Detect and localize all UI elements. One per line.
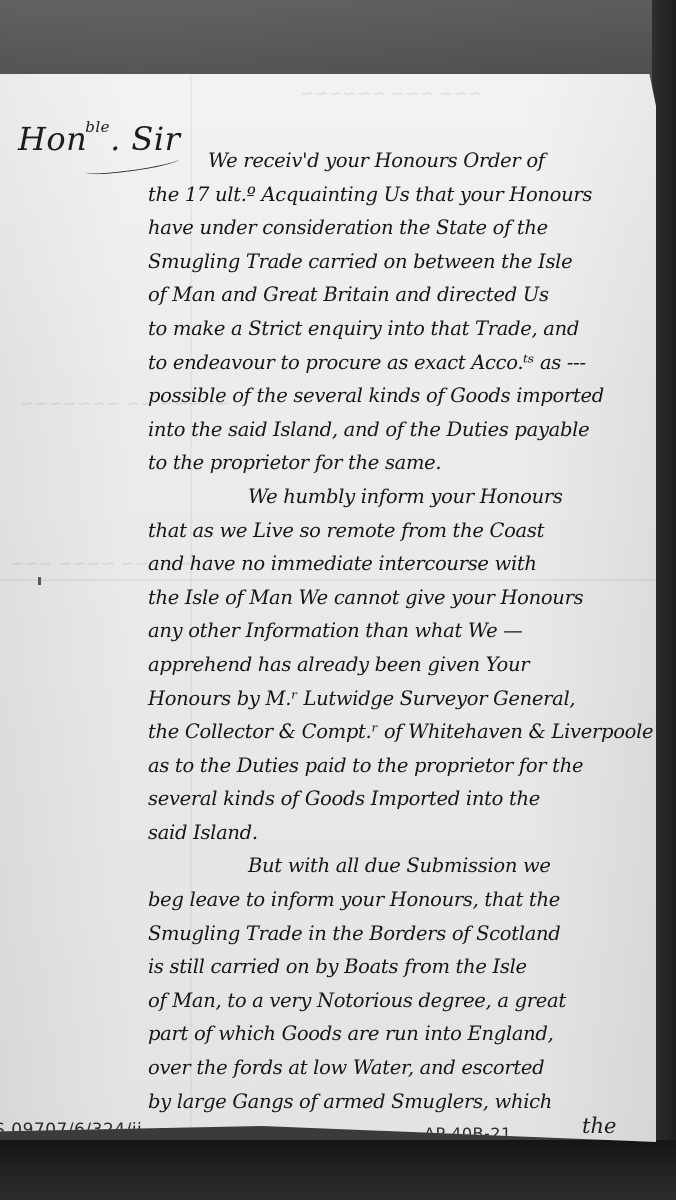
text-line: We receiv'd your Honours Order of <box>148 144 653 178</box>
text-line: of Man and Great Britain and directed Us <box>148 278 653 312</box>
text-line: part of which Goods are run into England… <box>148 1017 653 1051</box>
text-line: into the said Island, and of the Duties … <box>148 413 653 447</box>
text-line: beg leave to inform your Honours, that t… <box>148 883 653 917</box>
text-line: over the fords at low Water, and escorte… <box>148 1051 653 1085</box>
text-line: Smugling Trade in the Borders of Scotlan… <box>148 917 653 951</box>
text-line: Smugling Trade carried on between the Is… <box>148 245 653 279</box>
text-line: But with all due Submission we <box>148 849 653 883</box>
margin-mark <box>38 577 41 585</box>
text-line: of Man, to a very Notorious degree, a gr… <box>148 984 653 1018</box>
salutation-prefix: Hon <box>18 120 87 158</box>
text-line: by large Gangs of armed Smuglers, which <box>148 1085 653 1119</box>
paragraph-3: But with all due Submission we beg leave… <box>148 849 653 1118</box>
salutation-superscript: ble <box>85 118 110 136</box>
text-line: as to the Duties paid to the proprietor … <box>148 749 653 783</box>
manuscript-page: ~~~ ~~~ ~~~~~~ ~~~~~ ~~ ~~~~~~~ ~~~~~~ ~… <box>0 74 656 1142</box>
archive-reference: S09707/6/324/ii <box>4 1120 142 1140</box>
text-line: to make a Strict enquiry into that Trade… <box>148 312 653 346</box>
bleed-through-text: ~~~ ~~~ ~~~~~~ <box>300 84 482 104</box>
background-surface-bottom <box>0 1140 676 1200</box>
text-line: We humbly inform your Honours <box>148 480 653 514</box>
text-line: apprehend has already been given Your <box>148 648 653 682</box>
text-line: to the proprietor for the same. <box>148 446 653 480</box>
text-line: that as we Live so remote from the Coast <box>148 514 653 548</box>
text-line: possible of the several kinds of Goods i… <box>148 379 653 413</box>
text-line: said Island. <box>148 816 653 850</box>
text-line: several kinds of Goods Imported into the <box>148 782 653 816</box>
catchword: the <box>582 1114 616 1138</box>
text-line: any other Information than what We — <box>148 614 653 648</box>
archive-reference-partial-prefix: S <box>0 1120 5 1140</box>
paragraph-1: We receiv'd your Honours Order of the 17… <box>148 144 653 480</box>
text-line: to endeavour to procure as exact Acco.ᵗˢ… <box>148 346 653 380</box>
text-line: the 17 ult.º Acquainting Us that your Ho… <box>148 178 653 212</box>
text-line: Honours by M.ʳ Lutwidge Surveyor General… <box>148 682 653 716</box>
archive-reference-number: 09707/6/324/ii <box>11 1120 142 1140</box>
letter-body: We receiv'd your Honours Order of the 17… <box>148 144 653 1118</box>
paragraph-2: We humbly inform your Honours that as we… <box>148 480 653 850</box>
text-line: the Isle of Man We cannot give your Hono… <box>148 581 653 615</box>
text-line: have under consideration the State of th… <box>148 211 653 245</box>
text-line: and have no immediate intercourse with <box>148 547 653 581</box>
text-line: the Collector & Compt.ʳ of Whitehaven & … <box>148 715 653 749</box>
text-line: is still carried on by Boats from the Is… <box>148 950 653 984</box>
